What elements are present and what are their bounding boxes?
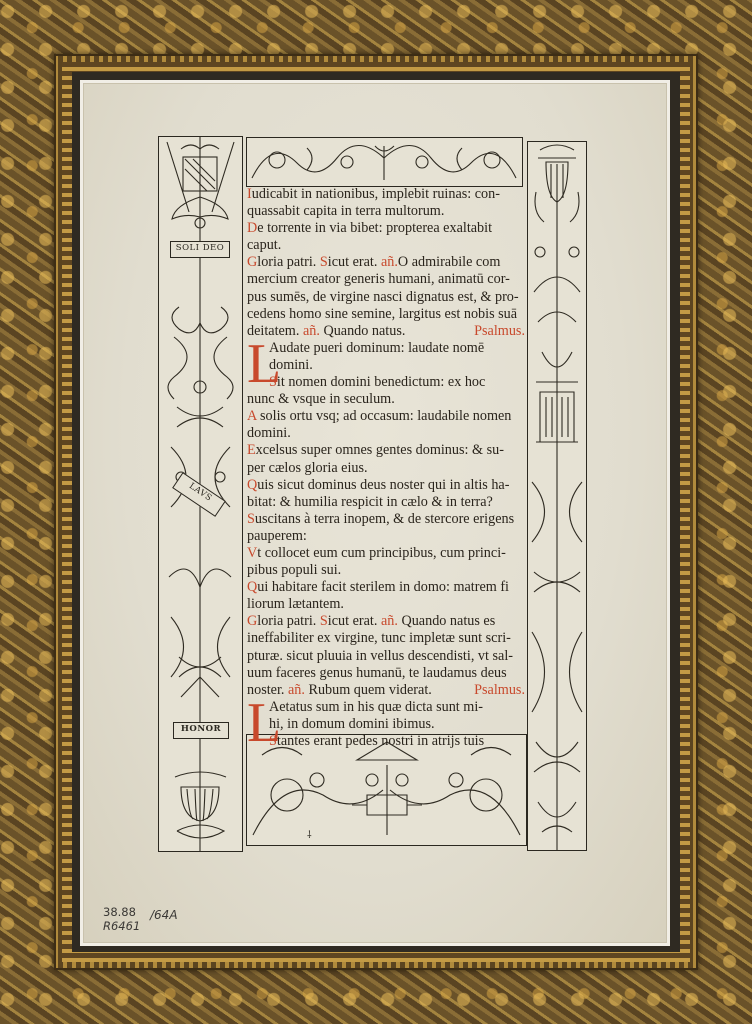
text-line: deitatem. añ. Quando natus.Psalmus. bbox=[247, 323, 525, 340]
top-border-scroll-icon bbox=[247, 138, 522, 186]
text-line: pturæ. sicut pluuia in vellus descendist… bbox=[247, 648, 525, 665]
text-line: ineffabiliter ex virgine, tunc impletæ s… bbox=[247, 630, 525, 647]
text-line: Gloria patri. Sicut erat. añ. Quando nat… bbox=[247, 613, 525, 630]
text-line: Qui habitare facit sterilem in domo: mat… bbox=[247, 579, 525, 596]
psalm-112-opening: L Audate pueri dominum: laudate nomē dom… bbox=[247, 340, 525, 391]
text-line: Excelsus super omnes gentes dominus: & s… bbox=[247, 442, 525, 459]
top-border-ornament bbox=[246, 137, 523, 187]
plaque-text: SOLI DEO bbox=[176, 243, 224, 253]
text-line: quassabit capita in terra multorum. bbox=[247, 203, 525, 220]
text-line: Iudicabit in nationibus, implebit ruinas… bbox=[247, 186, 525, 203]
text-line: Aetatus sum in his quæ dicta sunt mi- bbox=[247, 699, 525, 716]
text-line: pus sumēs, de virgine nasci dignatus est… bbox=[247, 289, 525, 306]
text-line: A solis ortu vsq; ad occasum: laudabile … bbox=[247, 408, 525, 425]
psalm-121-opening: L Aetatus sum in his quæ dicta sunt mi- … bbox=[247, 699, 525, 750]
catalog-line-1: 38.88 bbox=[103, 905, 140, 919]
text-line: domini. bbox=[247, 357, 525, 374]
text-line: nunc & vsque in seculum. bbox=[247, 391, 525, 408]
text-line: cedens homo sine semine, largitus est no… bbox=[247, 306, 525, 323]
text-line: Gloria patri. Sicut erat. añ.O admirabil… bbox=[247, 254, 525, 271]
plaque-soli-deo: SOLI DEO bbox=[170, 241, 230, 258]
psalm-text-block: Iudicabit in nationibus, implebit ruinas… bbox=[247, 186, 525, 750]
bottom-border-scroll-icon bbox=[247, 735, 526, 845]
bottom-border-ornament: ⸸ bbox=[246, 734, 527, 846]
left-border-ornament: SOLI DEO LAVS HONOR bbox=[158, 136, 243, 852]
text-line: mercium creator generis humani, animatū … bbox=[247, 271, 525, 288]
text-line: Quis sicut dominus deus noster qui in al… bbox=[247, 477, 525, 494]
text-line: liorum lætantem. bbox=[247, 596, 525, 613]
text-line: bitat: & humilia respicit in cælo & in t… bbox=[247, 494, 525, 511]
plaque-honor: HONOR bbox=[173, 722, 229, 739]
text-line: Audate pueri dominum: laudate nomē bbox=[247, 340, 525, 357]
right-border-vase-vine-icon bbox=[528, 142, 586, 850]
antiphon-mark: añ. bbox=[303, 323, 320, 339]
antiphon-mark: añ. bbox=[381, 613, 398, 629]
bottom-cross-mark: ⸸ bbox=[307, 827, 312, 841]
text-line: pibus populi sui. bbox=[247, 562, 525, 579]
antiphon-mark: añ. bbox=[381, 254, 398, 270]
text-line: pauperem: bbox=[247, 528, 525, 545]
catalog-line-2: R6461 bbox=[103, 919, 140, 933]
text-line: De torrente in via bibet: propterea exal… bbox=[247, 220, 525, 237]
text-line: caput. bbox=[247, 237, 525, 254]
right-border-ornament bbox=[527, 141, 587, 851]
catalog-suffix: /64A bbox=[150, 908, 178, 922]
catalog-number: 38.88 R6461 bbox=[103, 905, 140, 933]
psalmus-rubric: Psalmus. bbox=[474, 323, 525, 340]
text-line: Stantes erant pedes nostri in atrijs tui… bbox=[247, 733, 525, 750]
text-line: Vt collocet eum cum principibus, cum pri… bbox=[247, 545, 525, 562]
text-line: Sit nomen domini benedictum: ex hoc bbox=[247, 374, 525, 391]
text-line: per cælos gloria eius. bbox=[247, 460, 525, 477]
text-line: Suscitans à terra inopem, & de stercore … bbox=[247, 511, 525, 528]
text-line: noster. añ. Rubum quem viderat.Psalmus. bbox=[247, 682, 525, 699]
plaque-text: HONOR bbox=[181, 724, 221, 734]
text-line: uum faceres genus humanū, te laudamus de… bbox=[247, 665, 525, 682]
psalmus-rubric: Psalmus. bbox=[474, 682, 525, 699]
antiphon-mark: añ. bbox=[288, 682, 305, 698]
text-line: hi, in domum domini ibimus. bbox=[247, 716, 525, 733]
text-line: domini. bbox=[247, 425, 525, 442]
